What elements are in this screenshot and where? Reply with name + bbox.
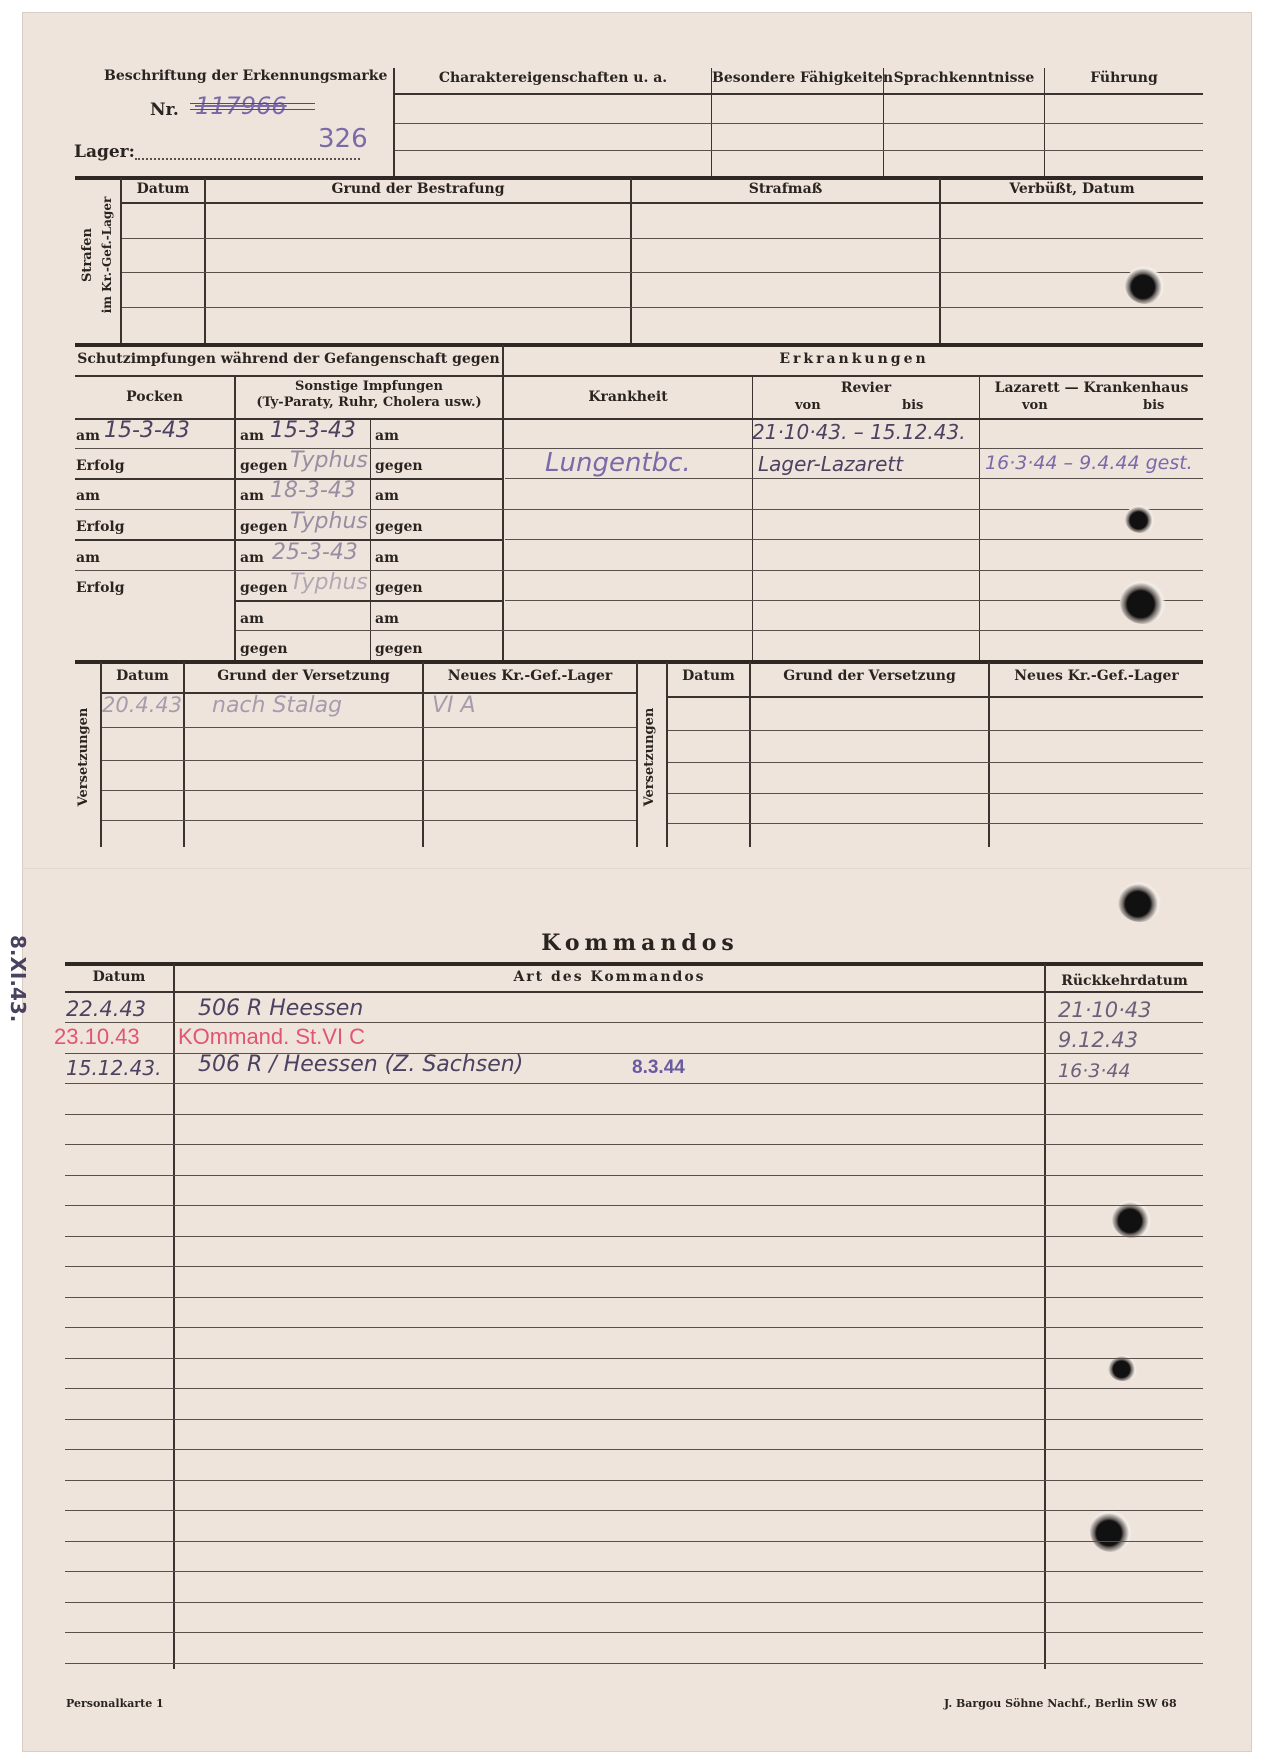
section-rule [75, 176, 1203, 180]
vers-right-col-lager: Neues Kr.-Gef.-Lager [990, 668, 1203, 684]
kommando-row-datum: 23.10.43 [54, 1024, 140, 1050]
vers-left-col-lager: Neues Kr.-Gef.-Lager [424, 668, 636, 684]
pocken-row-label: Erfolg [76, 580, 125, 596]
revier-bis: bis [902, 398, 923, 413]
lazarett-bis: bis [1143, 398, 1164, 413]
col-sprachkenntnisse: Sprachkenntnisse [884, 70, 1044, 86]
rule [65, 991, 1203, 993]
col-strafmass: Strafmaß [632, 181, 939, 197]
rule [65, 1083, 1203, 1084]
col-charakter: Charaktereigenschaften u. a. [395, 70, 711, 86]
rule [668, 762, 1203, 763]
rule [505, 539, 1203, 540]
sonstige-row-label: am [240, 550, 264, 566]
rule [668, 823, 1203, 824]
rule [395, 123, 1203, 124]
revier-row1: 21·10·43. – 15.12.43. [752, 420, 966, 444]
margin-note: 8.XI.43. [6, 935, 30, 1022]
pocken-row-label: Erfolg [76, 458, 125, 474]
divider [636, 662, 638, 847]
footer-form-id: Personalkarte 1 [66, 1697, 164, 1710]
rule [65, 1510, 1203, 1511]
vers-right-col-grund: Grund der Versetzung [751, 668, 988, 684]
rule [65, 1632, 1203, 1633]
rule [668, 696, 1203, 698]
versetzungen-side-label-right: Versetzungen [642, 697, 660, 817]
kommando-row-datum: 15.12.43. [66, 1056, 161, 1080]
nr-value: 117966 [195, 92, 287, 120]
sonstige-row-value: 25-3-43 [272, 540, 358, 565]
punch-hole [1125, 266, 1165, 304]
kommando-row-art: 506 R / Heessen (Z. Sachsen) [198, 1052, 523, 1077]
rule [122, 272, 1203, 273]
sonstige-header: Sonstige Impfungen [236, 379, 502, 394]
kommandos-col-art: Art des Kommandos [175, 969, 1044, 985]
rule [65, 1144, 1203, 1145]
col-verbuesst: Verbüßt, Datum [941, 181, 1203, 197]
sonstige-row-label: gegen [240, 458, 288, 474]
revier-header: Revier [753, 380, 979, 396]
lazarett-row2: 16·3·44 – 9.4.44 gest. [985, 452, 1193, 474]
sonstige-row-value: Typhus [290, 570, 368, 595]
sonstige-row-label2: am [375, 488, 399, 504]
pocken-row-label: am [76, 488, 100, 504]
sonstige-row-value: 18-3-43 [270, 478, 356, 503]
personnel-card [22, 12, 1252, 1752]
lazarett-header: Lazarett — Krankenhaus [980, 380, 1203, 396]
sonstige-row-label2: gegen [375, 580, 423, 596]
pocken-row-label: Erfolg [76, 519, 125, 535]
kommandos-col-datum: Datum [65, 969, 173, 985]
kommandos-title: Kommandos [400, 930, 880, 956]
sonstige-row-label2: am [375, 428, 399, 444]
rule [102, 727, 636, 728]
punch-hole [1090, 1510, 1132, 1552]
sonstige-row-value: 15-3-43 [270, 418, 356, 443]
lager-label: Lager: [74, 142, 135, 162]
sonstige-row-label2: am [375, 611, 399, 627]
erkrankungen-title: Erkrankungen [505, 351, 1203, 367]
rule [395, 150, 1203, 151]
rule [505, 600, 1203, 601]
footer-printer: J. Bargou Söhne Nachf., Berlin SW 68 [944, 1697, 1177, 1710]
sonstige-row-label: gegen [240, 519, 288, 535]
rule [65, 1266, 1203, 1267]
rule [65, 1419, 1203, 1420]
kommando-row-datum: 22.4.43 [66, 997, 146, 1021]
kommando-row-rueckkehr: 21·10·43 [1058, 998, 1152, 1022]
rule [395, 93, 1203, 95]
versetzungen-side-label-left: Versetzungen [76, 697, 94, 817]
sonstige-row-label: am [240, 488, 264, 504]
vers-left-col-datum: Datum [102, 668, 183, 684]
sonstige-row-label: gegen [240, 641, 288, 657]
kommando-row-rueckkehr: 16·3·44 [1058, 1060, 1131, 1082]
nr-label: Nr. [150, 100, 179, 120]
divider [749, 662, 751, 847]
rule [65, 1571, 1203, 1572]
strike-line [190, 109, 315, 110]
rule [65, 1236, 1203, 1237]
rule [122, 202, 1203, 204]
kommando-stamp-date: 8.3.44 [632, 1057, 685, 1079]
lager-value: 326 [318, 124, 368, 154]
col-fuehrung: Führung [1045, 70, 1203, 86]
sonstige-row-label: am [240, 428, 264, 444]
col-datum: Datum [122, 181, 204, 197]
rule [75, 375, 1203, 377]
rule [75, 418, 1203, 420]
kommandos-col-rueckkehr: Rückkehrdatum [1046, 973, 1203, 989]
punch-hole [1125, 505, 1155, 533]
rule [236, 630, 1203, 631]
rule [122, 238, 1203, 239]
rule [65, 1053, 1203, 1054]
vers-left-col-grund: Grund der Versetzung [185, 668, 422, 684]
rule [75, 570, 1203, 571]
rule [102, 790, 636, 791]
section-rule [75, 660, 1203, 664]
beschriftung-label: Beschriftung der Erkennungsmarke [104, 68, 387, 84]
kommando-row-rueckkehr: 9.12.43 [1058, 1028, 1138, 1052]
rule [65, 1022, 1203, 1023]
kommando-row-art: 506 R Heessen [198, 996, 363, 1021]
rule [65, 1602, 1203, 1603]
rule [668, 730, 1203, 731]
divider [1044, 964, 1046, 1669]
strike-line [190, 103, 315, 104]
rule [65, 1388, 1203, 1389]
impfungen-title: Schutzimpfungen während der Gefangenscha… [75, 351, 502, 367]
section-rule [65, 962, 1203, 966]
pocken-header: Pocken [75, 389, 234, 405]
sonstige-row-value: Typhus [290, 509, 368, 534]
sonstige-row-label2: am [375, 550, 399, 566]
sonstige-row-label: gegen [240, 580, 288, 596]
rule [65, 1480, 1203, 1481]
rule [65, 1297, 1203, 1298]
punch-hole [1120, 580, 1166, 624]
rule [65, 1327, 1203, 1328]
lazarett-von: von [1022, 398, 1048, 413]
pocken-row-label: am [76, 428, 100, 444]
lager-dotted-line [135, 158, 360, 160]
divider [988, 662, 990, 847]
rule [65, 1114, 1203, 1115]
rule [236, 600, 502, 602]
sonstige-row-value: Typhus [290, 448, 368, 473]
rule [122, 307, 1203, 308]
vers-row1-grund: nach Stalag [212, 693, 342, 718]
kommando-row-art: KOmmand. St.VI C [178, 1024, 365, 1050]
sonstige-row-label: am [240, 611, 264, 627]
rule [65, 1541, 1203, 1542]
rule [668, 793, 1203, 794]
divider [173, 964, 175, 1669]
vers-row1-datum: 20.4.43 [102, 693, 182, 717]
rule [505, 478, 1203, 479]
revier-row2: Lager-Lazarett [758, 452, 903, 476]
vers-row1-lager: VI A [432, 693, 476, 718]
rule [65, 1663, 1203, 1664]
pocken-row-value: 15-3-43 [104, 418, 190, 443]
rule [65, 1205, 1203, 1206]
strafen-side-label-2: im Kr.-Gef.-Lager [100, 185, 120, 325]
col-faehigkeiten: Besondere Fähigkeiten [712, 70, 883, 86]
sonstige-row-label2: gegen [375, 641, 423, 657]
strafen-side-label: Strafen [80, 185, 100, 325]
rule [65, 1449, 1203, 1450]
rule [102, 820, 636, 821]
sonstige-header-2: (Ty-Paraty, Ruhr, Cholera usw.) [236, 395, 502, 410]
rule [102, 760, 636, 761]
sonstige-row-label2: gegen [375, 458, 423, 474]
divider [666, 662, 668, 847]
rule [65, 1358, 1203, 1359]
punch-hole [1118, 882, 1162, 922]
krankheit-header: Krankheit [504, 389, 752, 405]
fold-line [22, 868, 1252, 869]
sonstige-row-label2: gegen [375, 519, 423, 535]
section-rule [75, 343, 1203, 347]
revier-von: von [795, 398, 821, 413]
krankheit-value: Lungentbc. [545, 448, 691, 478]
pocken-row-label: am [76, 550, 100, 566]
vers-right-col-datum: Datum [668, 668, 749, 684]
col-grund-bestrafung: Grund der Bestrafung [206, 181, 630, 197]
rule [75, 509, 1203, 510]
rule [65, 1175, 1203, 1176]
